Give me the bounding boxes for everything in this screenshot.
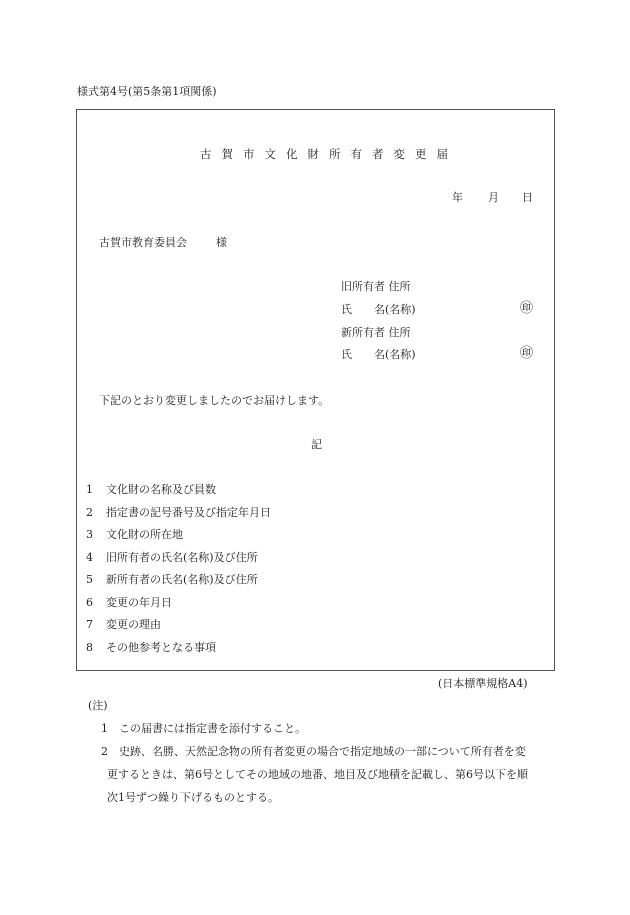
list-item: 4旧所有者の氏名(名称)及び住所 <box>86 551 258 565</box>
list-item: 6変更の年月日 <box>86 596 172 610</box>
note-item-number: 1 <box>101 722 108 736</box>
note-item-text: 史跡、名勝、天然記念物の所有者変更の場合で指定地域の一部について所有者を変 <box>119 745 526 759</box>
note-item-text: 更するときは、第6号としてその地域の地番、地目及び地積を記載し、第6号以下を順 <box>107 768 528 782</box>
note-item-text: 次1号ずつ繰り下げるものとする。 <box>107 791 279 805</box>
new-owner-address-label: 新所有者 住所 <box>341 326 411 340</box>
ki-heading: 記 <box>311 438 322 452</box>
date-day: 日 <box>522 191 533 205</box>
list-item: 2指定書の記号番号及び指定年月日 <box>86 506 271 520</box>
note-item-text: この届書には指定書を添付すること。 <box>119 722 306 736</box>
form-title: 古賀市文化財所有者変更届 <box>200 147 458 161</box>
form-number: 様式第4号(第5条第1項関係) <box>77 85 217 99</box>
date-year: 年 <box>452 191 463 205</box>
notes-heading: (注) <box>88 699 108 713</box>
date-month: 月 <box>488 191 499 205</box>
old-owner-name-label: 氏 名(名称) <box>341 303 416 317</box>
list-item: 7変更の理由 <box>86 618 161 632</box>
old-owner-address-label: 旧所有者 住所 <box>341 280 411 294</box>
list-item: 8その他参考となる事項 <box>86 641 216 655</box>
new-owner-name-label: 氏 名(名称) <box>341 348 416 362</box>
list-item: 1文化財の名称及び員数 <box>86 483 216 497</box>
list-item: 5新所有者の氏名(名称)及び住所 <box>86 573 258 587</box>
seal-icon: ㊞ <box>520 347 533 361</box>
note-item-number: 2 <box>101 745 108 759</box>
list-item: 3文化財の所在地 <box>86 528 183 542</box>
seal-icon: ㊞ <box>520 302 533 316</box>
statement: 下記のとおり変更しましたのでお届けします。 <box>99 394 329 408</box>
addressee-name: 古賀市教育委員会 <box>99 236 187 250</box>
addressee-honorific: 様 <box>216 236 227 250</box>
paper-size-note: (日本標準規格A4) <box>438 677 528 691</box>
